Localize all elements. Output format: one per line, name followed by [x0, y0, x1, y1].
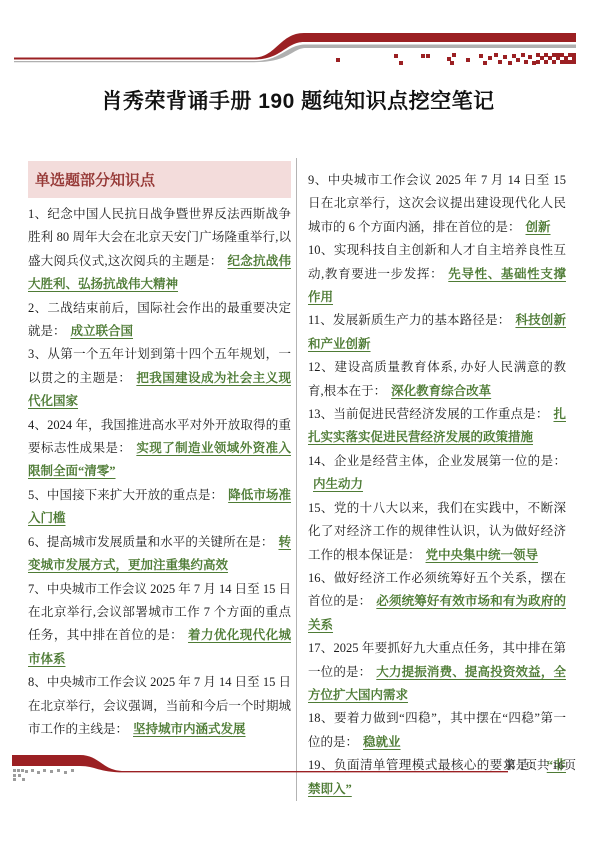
item-answer: 深化教育综合改革 — [391, 384, 491, 398]
knowledge-item: 4、2024 年，我国推进高水平对外开放取得的重要标志性成果是：实现了制造业领域… — [28, 414, 291, 484]
dotted-pattern — [336, 53, 576, 65]
knowledge-item: 1、纪念中国人民抗日战争暨世界反法西斯战争胜利 80 周年大会在北京天安门广场隆… — [28, 203, 291, 297]
page-title: 肖秀荣背诵手册 190 题纯知识点挖空笔记 — [0, 85, 596, 115]
knowledge-item: 12、建设高质量教育体系, 办好人民满意的教育,根本在于：深化教育综合改革 — [308, 356, 566, 403]
knowledge-item: 11、发展新质生产力的基本路径是：科技创新和产业创新 — [308, 309, 566, 356]
right-column: 9、中央城市工作会议 2025 年 7 月 14 日至 15 日在北京举行，这次… — [297, 158, 566, 801]
knowledge-item: 8、中央城市工作会议 2025 年 7 月 14 日至 15 日在北京举行，会议… — [28, 671, 291, 741]
item-question: 5、中国接下来扩大开放的重点是： — [28, 488, 223, 502]
right-items-list: 9、中央城市工作会议 2025 年 7 月 14 日至 15 日在北京举行，这次… — [308, 169, 566, 801]
item-question: 11、发展新质生产力的基本路径是： — [308, 313, 510, 327]
page-number: 第 1页共 16页 — [504, 756, 576, 773]
swoosh-red-band — [12, 755, 508, 772]
knowledge-item: 5、中国接下来扩大开放的重点是：降低市场准入门槛 — [28, 484, 291, 531]
knowledge-item: 13、当前促进民营经济发展的工作重点是：扎扎实实落实促进民营经济发展的政策措施 — [308, 403, 566, 450]
knowledge-item: 15、党的十八大以来，我们在实践中，不断深化了对经济工作的规律性认识，认为做好经… — [308, 497, 566, 567]
knowledge-item: 9、中央城市工作会议 2025 年 7 月 14 日至 15 日在北京举行，这次… — [308, 169, 566, 239]
knowledge-item: 7、中央城市工作会议 2025 年 7 月 14 日至 15 日在北京举行,会议… — [28, 578, 291, 672]
knowledge-item: 2、二战结束前后，国际社会作出的最重要决定就是：成立联合国 — [28, 297, 291, 344]
content-columns: 单选题部分知识点 1、纪念中国人民抗日战争暨世界反法西斯战争胜利 80 周年大会… — [28, 158, 566, 801]
knowledge-item: 10、实现科技自主创新和人才自主培养良性互动,教育要进一步发挥：先导性、基础性支… — [308, 239, 566, 309]
header-decoration-swoosh — [0, 30, 596, 70]
item-answer: 稳就业 — [363, 735, 401, 749]
left-column: 单选题部分知识点 1、纪念中国人民抗日战争暨世界反法西斯战争胜利 80 周年大会… — [28, 158, 291, 801]
item-question: 13、当前促进民营经济发展的工作重点是： — [308, 407, 548, 421]
knowledge-item: 18、要着力做到“四稳”，其中摆在“四稳”第一位的是：稳就业 — [308, 707, 566, 754]
item-question: 18、要着力做到“四稳”，其中摆在“四稳”第一位的是： — [308, 711, 566, 748]
knowledge-item: 16、做好经济工作必须统筹好五个关系，摆在首位的是：必须统筹好有效市场和有为政府… — [308, 567, 566, 637]
item-question: 14、企业是经营主体，企业发展第一位的是： — [308, 454, 566, 468]
knowledge-item: 14、企业是经营主体，企业发展第一位的是：内生动力 — [308, 450, 566, 497]
knowledge-item: 3、从第一个五年计划到第十四个五年规划，一以贯之的主题是：把我国建设成为社会主义… — [28, 343, 291, 413]
knowledge-item: 6、提高城市发展质量和水平的关键所在是：转变城市发展方式，更加注重集约高效 — [28, 531, 291, 578]
knowledge-item: 17、2025 年要抓好九大重点任务，其中排在第一位的是：大力提振消费、提高投资… — [308, 637, 566, 707]
item-question: 6、提高城市发展质量和水平的关键所在是： — [28, 535, 273, 549]
item-answer: 创新 — [526, 220, 551, 234]
item-answer: 成立联合国 — [71, 324, 134, 338]
left-items-list: 1、纪念中国人民抗日战争暨世界反法西斯战争胜利 80 周年大会在北京天安门广场隆… — [28, 203, 291, 741]
dotted-pattern — [13, 769, 74, 781]
document-page: 肖秀荣背诵手册 190 题纯知识点挖空笔记 单选题部分知识点 1、纪念中国人民抗… — [0, 0, 596, 843]
section-header: 单选题部分知识点 — [28, 161, 291, 198]
item-answer: 坚持城市内涵式发展 — [133, 722, 246, 736]
item-answer: 党中央集中统一领导 — [426, 548, 539, 562]
item-answer: 内生动力 — [313, 477, 363, 491]
item-question: 2、二战结束前后，国际社会作出的最重要决定就是： — [28, 301, 291, 338]
